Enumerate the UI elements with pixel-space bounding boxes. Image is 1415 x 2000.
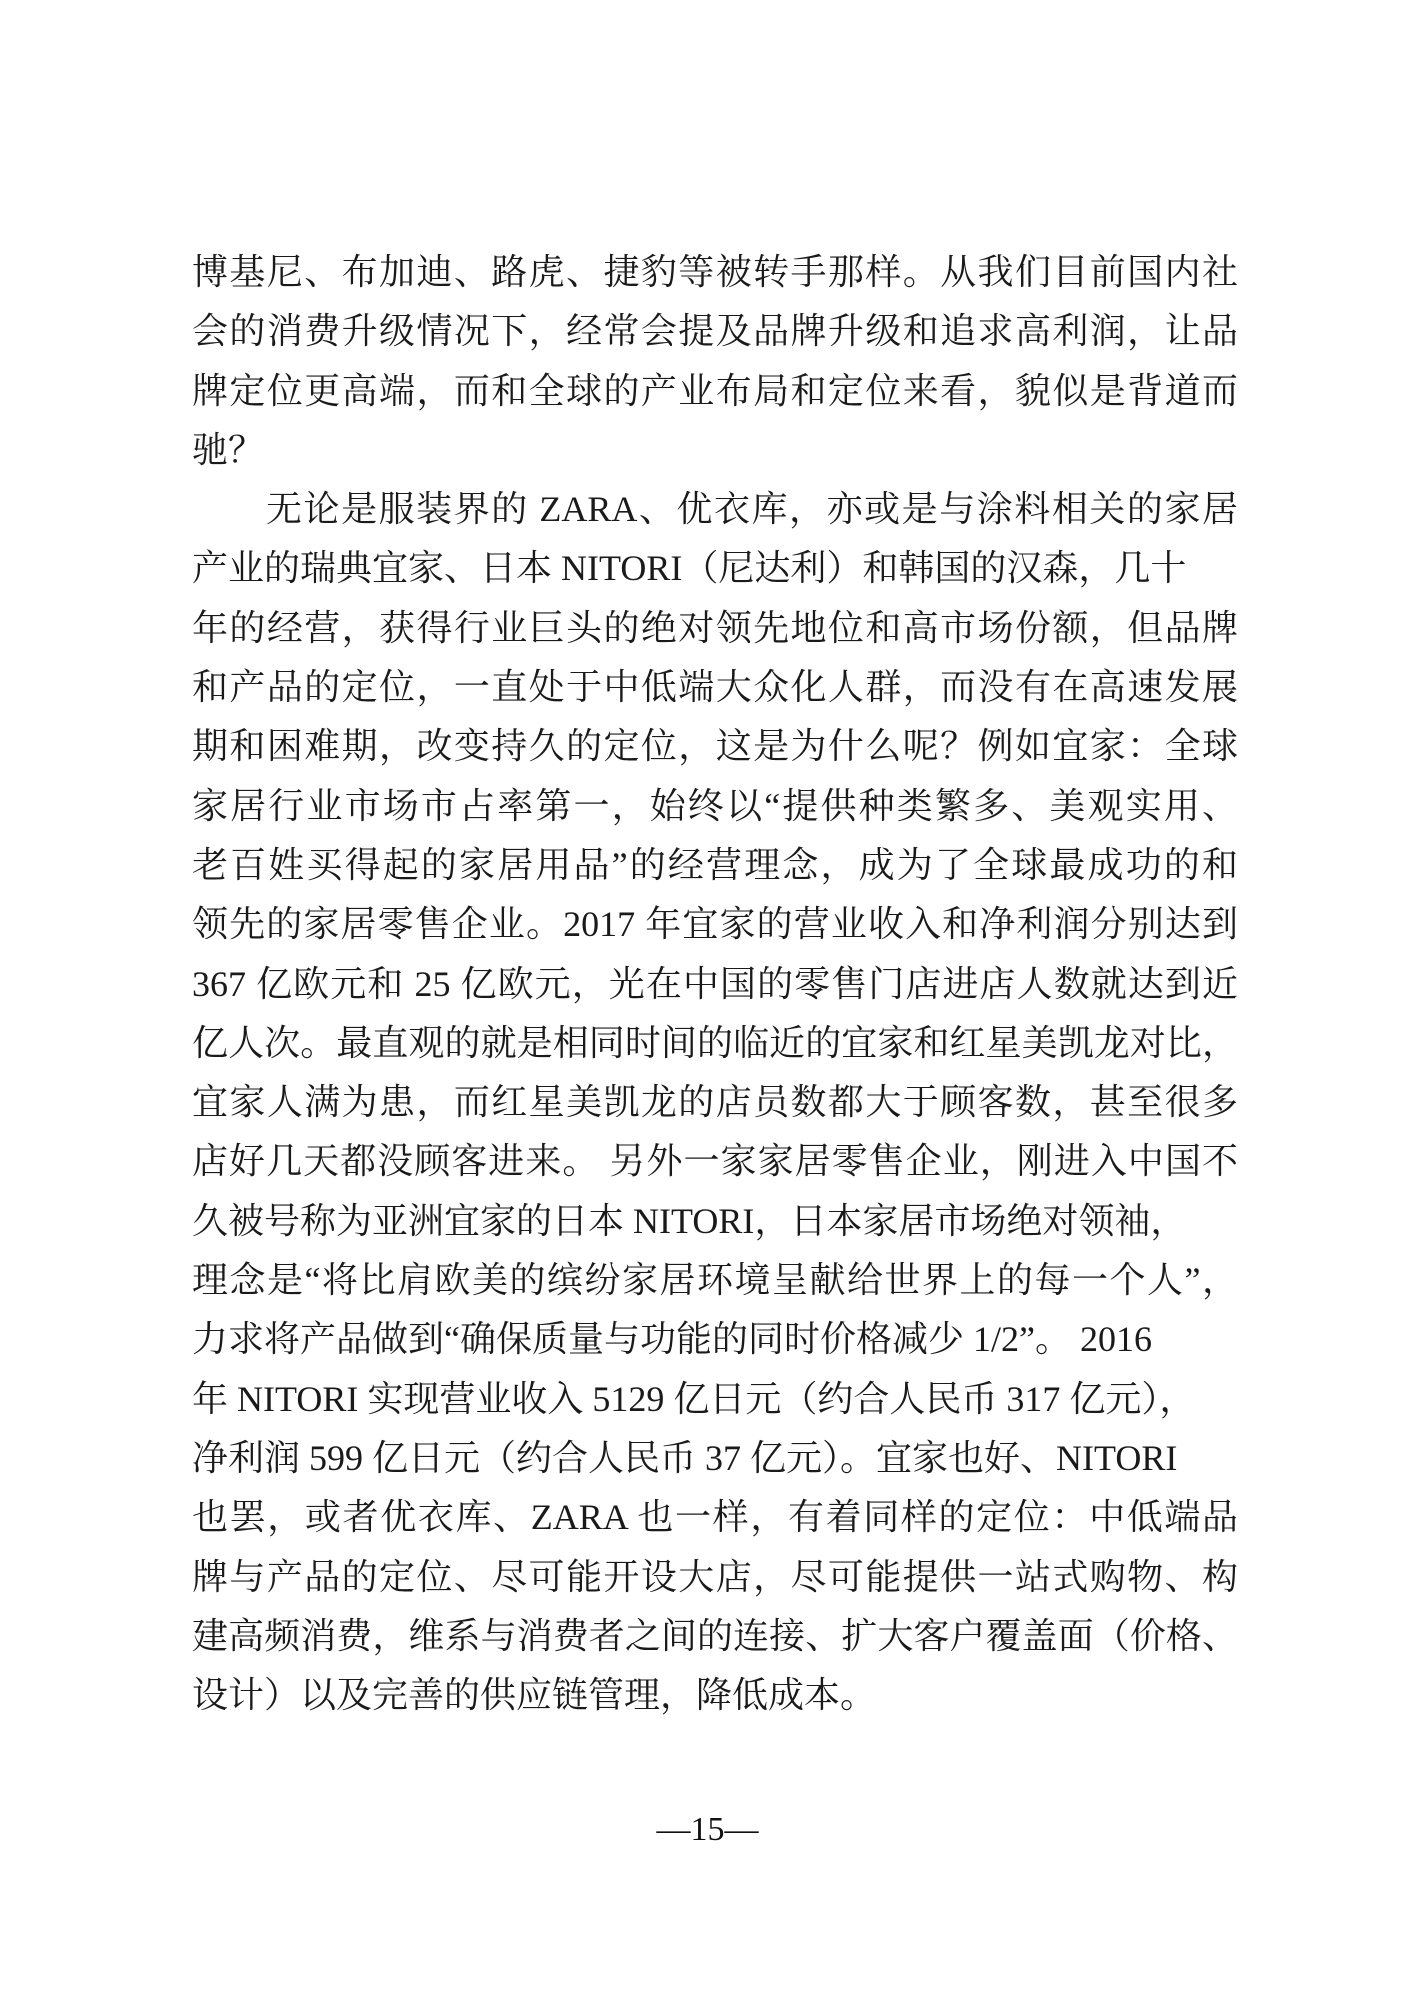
body-line: 产业的瑞典宜家、日本 NITORI（尼达利）和韩国的汉森，几十 xyxy=(192,539,1238,598)
body-line: 领先的家居零售企业。2017 年宜家的营业收入和净利润分别达到 xyxy=(192,895,1238,954)
body-line: 宜家人满为患，而红星美凯龙的店员数都大于顾客数，甚至很多 xyxy=(192,1073,1238,1132)
body-line: 牌定位更高端，而和全球的产业布局和定位来看，貌似是背道而 xyxy=(192,362,1238,421)
body-line: 老百姓买得起的家居用品”的经营理念，成为了全球最成功的和 xyxy=(192,836,1238,895)
body-line: 牌与产品的定位、尽可能开设大店，尽可能提供一站式购物、构 xyxy=(192,1548,1238,1607)
body-line: 亿人次。最直观的就是相同时间的临近的宜家和红星美凯龙对比， xyxy=(192,1014,1238,1073)
body-line: 年的经营，获得行业巨头的绝对领先地位和高市场份额，但品牌 xyxy=(192,599,1238,658)
body-line: 会的消费升级情况下，经常会提及品牌升级和追求高利润，让品 xyxy=(192,302,1238,361)
body-line: 久被号称为亚洲宜家的日本 NITORI，日本家居市场绝对领袖， xyxy=(192,1192,1238,1251)
paragraph-2: 无论是服装界的 ZARA、优衣库，亦或是与涂料相关的家居 产业的瑞典宜家、日本 … xyxy=(192,480,1238,1725)
body-line: 净利润 599 亿日元（约合人民币 37 亿元）。宜家也好、NITORI xyxy=(192,1429,1238,1488)
paragraph-1: 博基尼、布加迪、路虎、捷豹等被转手那样。从我们目前国内社 会的消费升级情况下，经… xyxy=(192,243,1238,480)
body-line: 设计）以及完善的供应链管理，降低成本。 xyxy=(192,1666,1238,1725)
body-line: 建高频消费，维系与消费者之间的连接、扩大客户覆盖面（价格、 xyxy=(192,1607,1238,1666)
document-body: 博基尼、布加迪、路虎、捷豹等被转手那样。从我们目前国内社 会的消费升级情况下，经… xyxy=(192,243,1238,1725)
body-line: 博基尼、布加迪、路虎、捷豹等被转手那样。从我们目前国内社 xyxy=(192,243,1238,302)
body-line: 无论是服装界的 ZARA、优衣库，亦或是与涂料相关的家居 xyxy=(192,480,1238,539)
body-line: 也罢，或者优衣库、ZARA 也一样，有着同样的定位：中低端品 xyxy=(192,1488,1238,1547)
body-line: 驰？ xyxy=(192,421,1238,480)
body-line: 和产品的定位，一直处于中低端大众化人群，而没有在高速发展 xyxy=(192,658,1238,717)
body-line: 家居行业市场市占率第一，始终以“提供种类繁多、美观实用、 xyxy=(192,777,1238,836)
body-line: 店好几天都没顾客进来。 另外一家家居零售企业，刚进入中国不 xyxy=(192,1132,1238,1191)
body-line: 力求将产品做到“确保质量与功能的同时价格减少 1/2”。 2016 xyxy=(192,1310,1238,1369)
body-line: 年 NITORI 实现营业收入 5129 亿日元（约合人民币 317 亿元）， xyxy=(192,1370,1238,1429)
page-number: —15— xyxy=(0,1808,1415,1852)
body-line: 367 亿欧元和 25 亿欧元，光在中国的零售门店进店人数就达到近 xyxy=(192,955,1238,1014)
body-line: 期和困难期，改变持久的定位，这是为什么呢？例如宜家：全球 xyxy=(192,717,1238,776)
body-line: 理念是“将比肩欧美的缤纷家居环境呈献给世界上的每一个人”， xyxy=(192,1251,1238,1310)
